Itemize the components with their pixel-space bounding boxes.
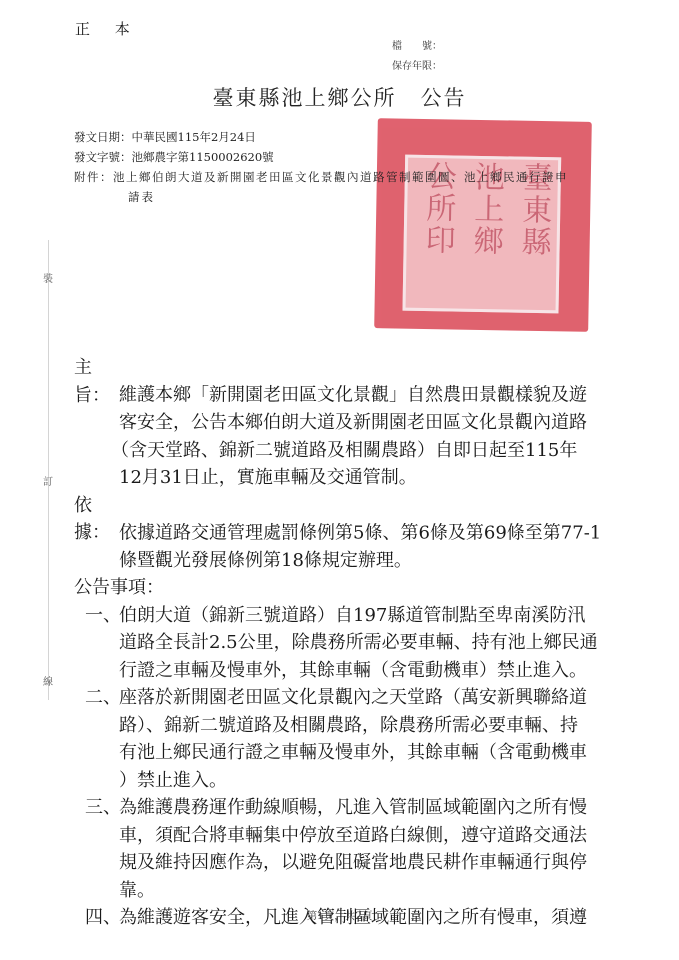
item-line: 座落於新開園老田區文化景觀內之天堂路（萬安新興聯絡道 [119,684,669,712]
item-line: 路）、錦新二號道路及相關農路，除農務所需必要車輛、持 [119,712,669,740]
item-number: 一、 [85,602,121,630]
attachment-line-continued: 請表 [128,189,155,205]
reference-number: 發文字號：池鄉農字第1150002620號 [74,149,274,165]
item-line: 規及維持因應作為，以避免阻礙當地農民耕作車輛通行與停 [119,849,669,877]
basis-section: 依據：依據道路交通管理處罰條例第5條、第6條及第69條至第77-1 條暨觀光發展… [74,492,669,575]
subject-line: 12月31日止，實施車輛及交通管制。 [74,464,669,492]
announcement-section: 公告事項： 一、 伯朗大道（錦新三號道路）自197縣道管制點至卑南溪防汛 道路全… [74,574,669,932]
announcement-item-2: 二、 座落於新開園老田區文化景觀內之天堂路（萬安新興聯絡道 路）、錦新二號道路及… [74,684,669,794]
copy-mark: 正 本 [75,18,140,39]
subject-label: 主旨： [74,354,119,409]
file-number-label: 檔 號： [392,37,442,52]
retention-period-label: 保存年限： [392,57,442,72]
basis-label: 依據： [74,492,119,547]
item-number: 二、 [85,684,121,712]
binding-mark-zhuang: 裝 [43,270,53,285]
subject-line: （含天堂路、錦新二號道路及相關農路）自即日起至115年 [66,437,669,465]
binding-mark-ding: 訂 [43,473,53,488]
binding-margin-line [48,240,49,700]
announcement-item-1: 一、 伯朗大道（錦新三號道路）自197縣道管制點至卑南溪防汛 道路全長計2.5公… [74,602,669,685]
item-line: 為維護農務運作動線順暢，凡進入管制區域範圍內之所有慢 [119,794,669,822]
subject-section: 主旨：維護本鄉「新開園老田區文化景觀」自然農田景觀樣貌及遊 客安全，公告本鄉伯朗… [74,354,669,492]
document-body: 主旨：維護本鄉「新開園老田區文化景觀」自然農田景觀樣貌及遊 客安全，公告本鄉伯朗… [74,354,669,932]
item-line: 行證之車輛及慢車外，其餘車輛（含電動機車）禁止進入。 [119,657,669,685]
document-title: 臺東縣池上鄉公所公告 [0,82,679,112]
issuing-organization: 臺東縣池上鄉公所 [213,86,397,110]
item-line: 有池上鄉民通行證之車輛及慢車外，其餘車輛（含電動機車 [119,739,669,767]
announcement-item-3: 三、 為維護農務運作動線順暢，凡進入管制區域範圍內之所有慢 車，須配合將車輛集中… [74,794,669,904]
attachment-line: 附件：池上鄉伯朗大道及新開園老田區文化景觀內道路管制範圍圖、池上鄉民通行證申 [74,169,568,185]
document-type: 公告 [421,86,467,110]
item-line: 伯朗大道（錦新三號道路）自197縣道管制點至卑南溪防汛 [119,602,669,630]
official-seal-stamp: 臺東縣 池上鄉 公所印 [374,118,592,332]
page-indicator: 第1頁，共2頁 [0,908,679,923]
issue-date: 發文日期：中華民國115年2月24日 [74,129,256,145]
item-line: ）禁止進入。 [119,767,669,795]
subject-line: 客安全，公告本鄉伯朗大道及新開園老田區文化景觀內道路 [74,409,669,437]
basis-line: 條暨觀光發展條例第18條規定辦理。 [74,547,669,575]
item-line: 道路全長計2.5公里，除農務所需必要車輛、持有池上鄉民通 [119,629,669,657]
item-number: 三、 [85,794,121,822]
item-line: 靠。 [119,877,669,905]
announcement-label: 公告事項： [74,574,669,602]
subject-line: 維護本鄉「新開園老田區文化景觀」自然農田景觀樣貌及遊 [119,385,587,406]
item-line: 車，須配合將車輛集中停放至道路白線側，遵守道路交通法 [119,822,669,850]
binding-mark-xian: 線 [43,673,53,688]
basis-line: 依據道路交通管理處罰條例第5條、第6條及第69條至第77-1 [119,522,601,543]
